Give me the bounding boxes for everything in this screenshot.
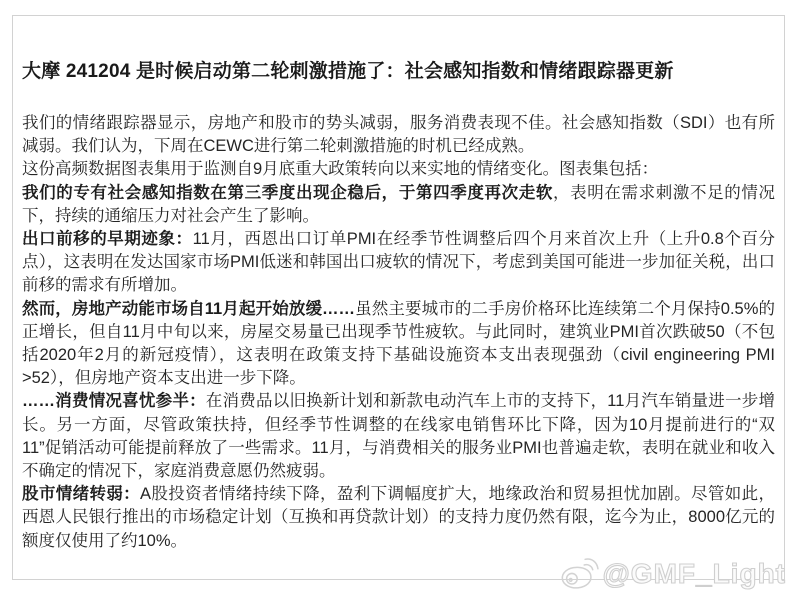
paragraph-lead: 我们的专有社会感知指数在第三季度出现企稳后，于第四季度再次走软: [22, 184, 553, 202]
note-card: 大摩 241204 是时候启动第二轮刺激措施了：社会感知指数和情绪跟踪器更新 我…: [12, 15, 785, 580]
paragraph-export-frontloading: 出口前移的早期迹象：11月，西恩出口订单PMI在经季节性调整后四个月来首次上升（…: [22, 228, 775, 298]
screenshot-canvas: 大摩 241204 是时候启动第二轮刺激措施了：社会感知指数和情绪跟踪器更新 我…: [0, 0, 800, 599]
paragraph-consumption-mixed: ……消费情况喜忧参半：在消费品以旧换新计划和新款电动汽车上市的支持下，11月汽车…: [22, 390, 775, 483]
paragraph-sentiment-tracker: 我们的情绪跟踪器显示，房地产和股市的势头减弱，服务消费表现不佳。社会感知指数（S…: [22, 112, 775, 158]
page-title: 大摩 241204 是时候启动第二轮刺激措施了：社会感知指数和情绪跟踪器更新: [22, 58, 775, 85]
paragraph-chartbook-intro: 这份高频数据图表集用于监测自9月底重大政策转向以来实地的情绪变化。图表集包括：: [22, 158, 775, 181]
paragraph-lead: 股市情绪转弱：: [22, 485, 140, 503]
paragraph-lead: 出口前移的早期迹象：: [22, 230, 193, 248]
paragraph-lead: ……消费情况喜忧参半：: [22, 392, 206, 410]
paragraph-text: 这份高频数据图表集用于监测自9月底重大政策转向以来实地的情绪变化。图表集包括：: [22, 160, 658, 178]
paragraph-property-momentum: 然而，房地产动能市场自11月起开始放缓……虽然主要城市的二手房价格环比连续第二个…: [22, 298, 775, 391]
paragraph-text: 我们的情绪跟踪器显示，房地产和股市的势头减弱，服务消费表现不佳。社会感知指数（S…: [22, 114, 775, 155]
note-body: 我们的情绪跟踪器显示，房地产和股市的势头减弱，服务消费表现不佳。社会感知指数（S…: [22, 112, 775, 553]
paragraph-lead: 然而，房地产动能市场自11月起开始放缓……: [22, 300, 355, 318]
paragraph-sdi-index: 我们的专有社会感知指数在第三季度出现企稳后，于第四季度再次走软，表明在需求刺激不…: [22, 182, 775, 228]
paragraph-equity-sentiment: 股市情绪转弱：A股投资者情绪持续下降，盈利下调幅度扩大，地缘政治和贸易担忧加剧。…: [22, 483, 775, 553]
